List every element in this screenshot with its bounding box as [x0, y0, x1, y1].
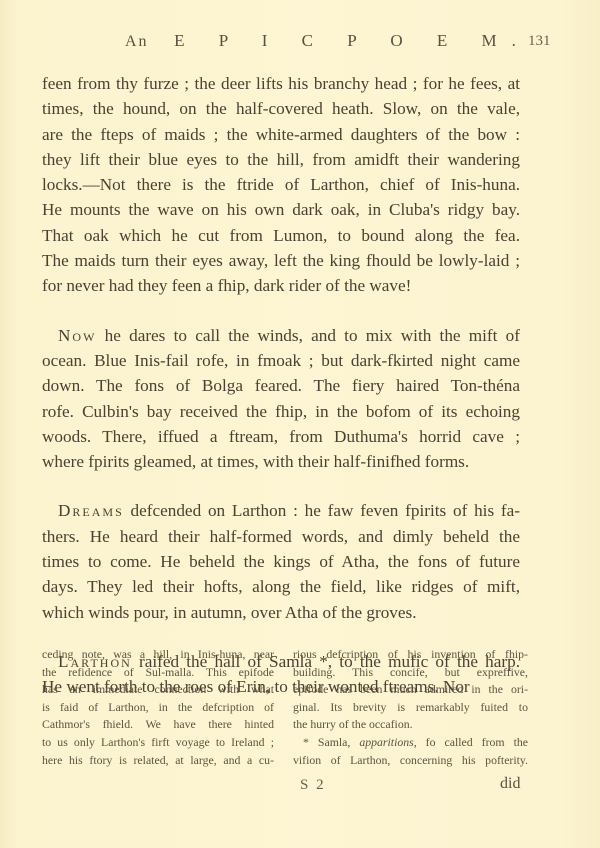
- footnote-line: to us only Larthon's firft voyage to Ire…: [42, 734, 274, 752]
- paragraph-2: Now he dares to call the winds, and to m…: [42, 323, 520, 475]
- footnote-line: ginal. Its brevity is remarkably fuited …: [293, 699, 528, 717]
- text-line: rofe. Culbin's bay received the fhip, in…: [42, 399, 520, 424]
- footnote-column-left: ceding note, was a hill, in Inis-huna, n…: [42, 646, 274, 769]
- paragraph-3: Dreams defcended on Larthon : he faw fev…: [42, 498, 520, 624]
- running-head: An E P I C P O E M. 131: [0, 31, 600, 55]
- text-run: * Samla,: [303, 735, 359, 749]
- page-number: 131: [528, 33, 551, 50]
- text-line: feen from thy furze ; the deer lifts his…: [42, 71, 520, 96]
- footnote-line: has an immediate connection with what: [42, 681, 274, 699]
- text-line: times, the hound, on the half-covered he…: [42, 96, 520, 121]
- footnote-line: is faid of Larthon, in the defcription o…: [42, 699, 274, 717]
- footnote-samla: * Samla, apparitions, fo called from the: [293, 734, 528, 752]
- catchword: did: [500, 775, 520, 793]
- footnote-line: epifode has been much admired in the ori…: [293, 681, 528, 699]
- footnote-italic-term: apparitions: [359, 735, 413, 749]
- text-line: they lift their blue eyes to the hill, f…: [42, 147, 520, 172]
- footnote-line: Cathmor's fhield. We have there hinted: [42, 716, 274, 734]
- text-line: down. The fons of Bolga feared. The fier…: [42, 373, 520, 398]
- text-line: for never had they feen a fhip, dark rid…: [42, 273, 520, 298]
- paragraph-1: feen from thy furze ; the deer lifts his…: [42, 71, 520, 299]
- text-line: times to come. He beheld the kings of At…: [42, 549, 520, 574]
- footnote-line: building. This concife, but expreffive,: [293, 664, 528, 682]
- footnote-line: here his ftory is related, at large, and…: [42, 752, 274, 770]
- footnote-line: the hurry of the occafion.: [293, 716, 528, 734]
- text-run: , fo called from the: [414, 735, 528, 749]
- footnote-line: vifion of Larthon, concerning his pofter…: [293, 752, 528, 770]
- text-line: days. They led their hofts, along the fi…: [42, 574, 520, 599]
- text-line: woods. There, iffued a ftream, from Duth…: [42, 424, 520, 449]
- paragraph-lead: Now: [58, 326, 96, 345]
- text-line: He mounts the wave on his own dark oak, …: [42, 197, 520, 222]
- text-line: thers. He heard their half-formed words,…: [42, 524, 520, 549]
- text-run: he dares to call the winds, and to mix w…: [96, 326, 520, 345]
- book-page: An E P I C P O E M. 131 feen from thy fu…: [0, 0, 600, 848]
- text-line: where fpirits gleamed, at times, with th…: [42, 449, 520, 474]
- footnote-line: the refidence of Sul-malla. This epifode: [42, 664, 274, 682]
- text-line: Dreams defcended on Larthon : he faw fev…: [42, 498, 520, 523]
- footnote-column-right: rious defcription of his invention of fh…: [293, 646, 528, 769]
- text-run: defcended on Larthon : he faw feven fpir…: [124, 501, 520, 520]
- text-line: That oak which he cut from Lumon, to bou…: [42, 223, 520, 248]
- signature-mark: S 2: [300, 777, 326, 794]
- text-line: are the fteps of maids ; the white-armed…: [42, 122, 520, 147]
- text-line: Now he dares to call the winds, and to m…: [42, 323, 520, 348]
- running-head-prefix: An: [125, 33, 149, 50]
- paragraph-lead: Dreams: [58, 501, 124, 520]
- text-line: ocean. Blue Inis-fail rofe, in fmoak ; b…: [42, 348, 520, 373]
- text-line: which winds pour, in autumn, over Atha o…: [42, 600, 520, 625]
- running-head-title: An E P I C P O E M.: [125, 31, 531, 51]
- footnote-line: rious defcription of his invention of fh…: [293, 646, 528, 664]
- footnote-line: ceding note, was a hill, in Inis-huna, n…: [42, 646, 274, 664]
- body-text: feen from thy furze ; the deer lifts his…: [42, 71, 520, 700]
- running-head-main: E P I C P O E M.: [174, 31, 531, 50]
- text-line: The maids turn their eyes away, left the…: [42, 248, 520, 273]
- text-line: locks.—Not there is the ftride of Lartho…: [42, 172, 520, 197]
